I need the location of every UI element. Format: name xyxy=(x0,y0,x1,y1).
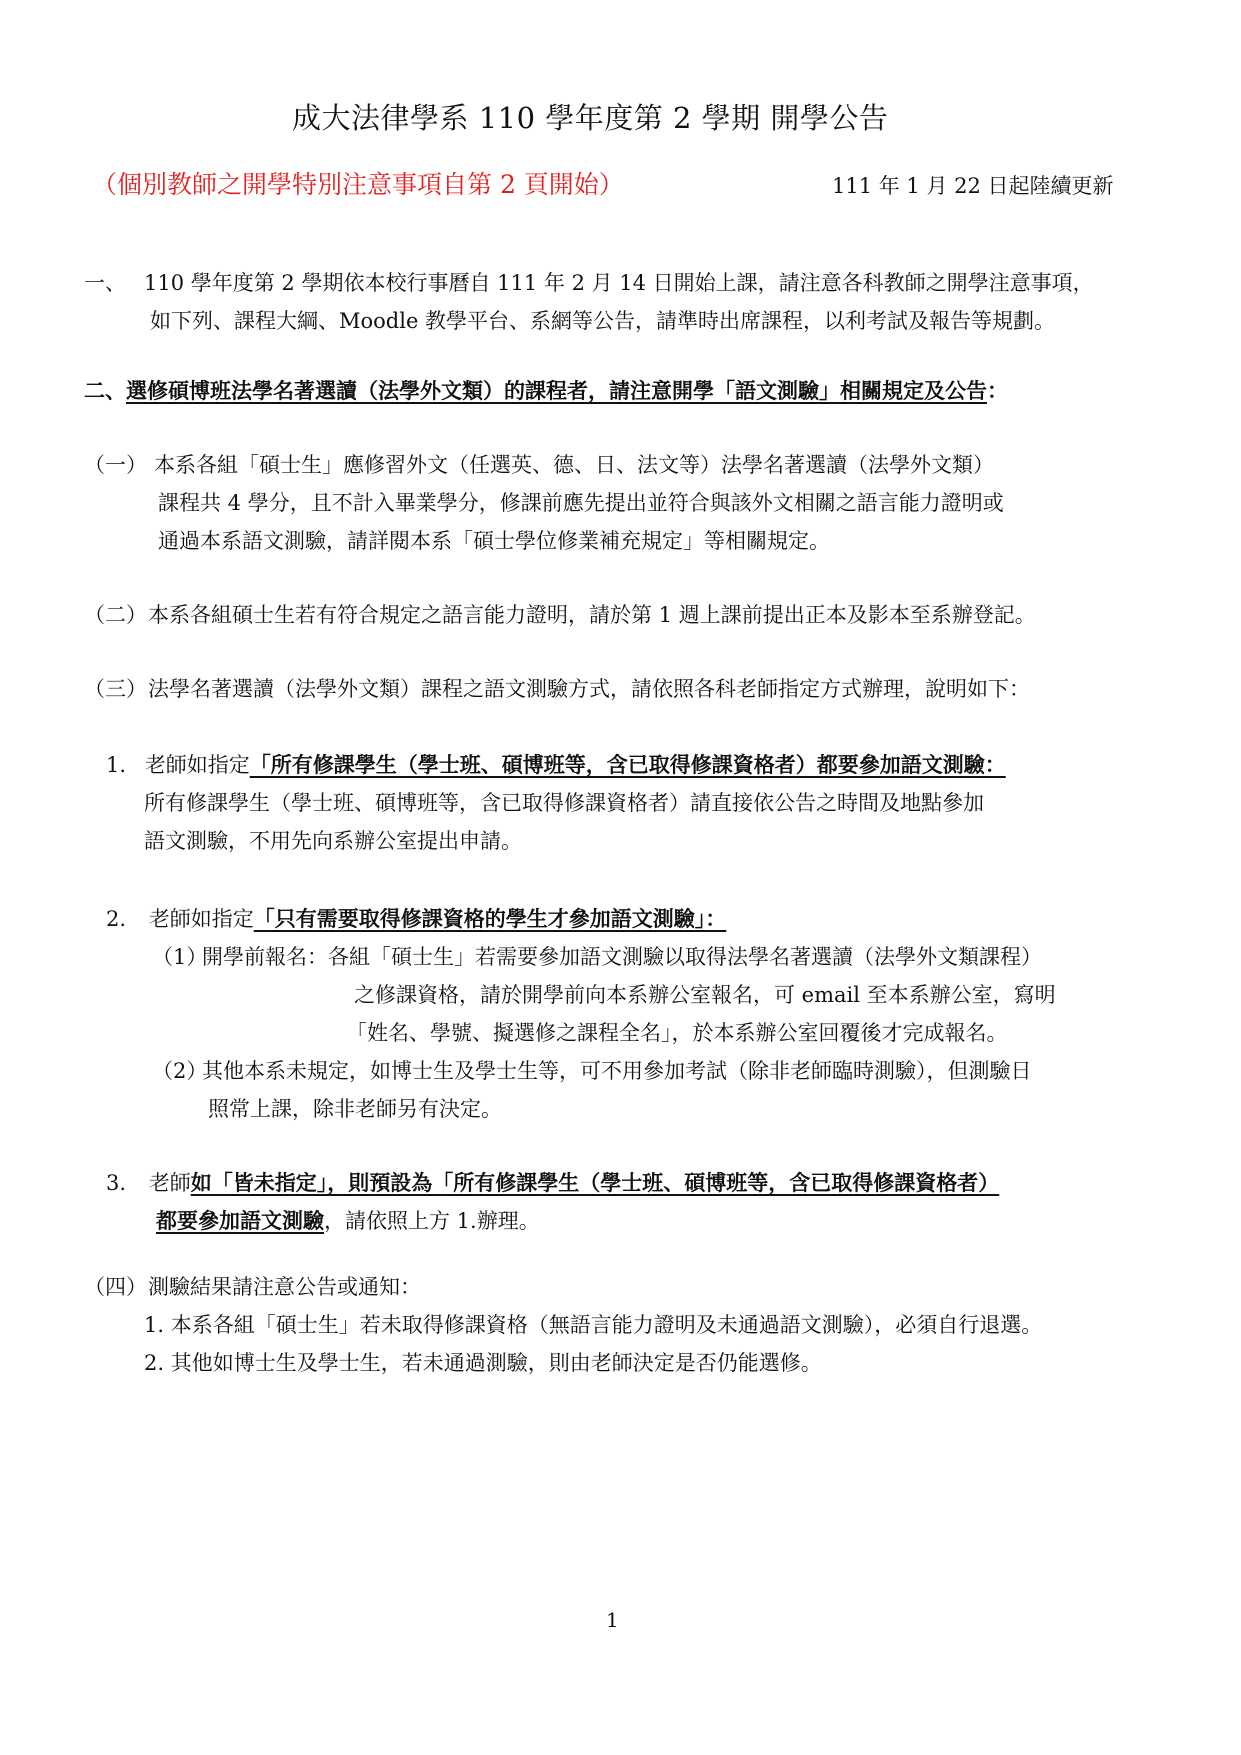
section1-line2: 如下列、課程大綱、Moodle 教學平台、系網等公告，請準時出席課程，以利考試及… xyxy=(150,302,1055,340)
sub4-line1: 測驗結果請注意公告或通知： xyxy=(148,1268,421,1306)
item2-sub2-line2: 照常上課，除非老師另有決定。 xyxy=(208,1090,502,1128)
item2-sub2-marker: （2） xyxy=(152,1052,207,1090)
section1-line1: 110 學年度第 2 學期依本校行事曆自 111 年 2 月 14 日開始上課，… xyxy=(144,264,1094,302)
item2-sub2-line1: 其他本系未規定，如博士生及學士生等，可不用參加考試（除非老師臨時測驗），但測驗日 xyxy=(202,1052,1032,1090)
item3-row: 3. 老師如「皆未指定」，則預設為「所有修課學生（學士班、碩博班等，含已取得修課… xyxy=(106,1164,999,1202)
item3-num: 3. xyxy=(106,1171,126,1195)
section2-heading: 選修碩博班法學名著選讀（法學外文類）的課程者，請注意開學「語文測驗」相關規定及公… xyxy=(126,379,987,403)
sub4-item1: 1. 本系各組「碩士生」若未取得修課資格（無語言能力證明及未通過語文測驗），必須… xyxy=(144,1306,1042,1344)
sub1-line1: 本系各組「碩士生」應修習外文（任選英、德、日、法文等）法學名著選讀（法學外文類） xyxy=(154,446,994,484)
item1-num: 1. xyxy=(106,753,126,777)
item2-sub1-marker: （1） xyxy=(152,938,207,976)
sub2-line1: 本系各組碩士生若有符合規定之語言能力證明，請於第 1 週上課前提出正本及影本至系… xyxy=(148,596,1036,634)
document-title: 成大法律學系 110 學年度第 2 學期 開學公告 xyxy=(292,96,888,137)
section2-marker: 二、 xyxy=(84,379,126,403)
sub4-item2: 2. 其他如博士生及學士生，若未通過測驗，則由老師決定是否仍能選修。 xyxy=(144,1344,822,1382)
item2-sub1-line2: 之修課資格，請於開學前向本系辦公室報名，可 email 至本系辦公室，寫明 xyxy=(354,976,1056,1014)
item1-line3: 語文測驗，不用先向系辦公室提出申請。 xyxy=(144,822,522,860)
sub4-marker: （四） xyxy=(84,1268,147,1306)
sub1-line3: 通過本系語文測驗，請詳閱本系「碩士學位修業補充規定」等相關規定。 xyxy=(158,522,830,560)
item1-emphasis: 「所有修課學生（學士班、碩博班等，含已取得修課資格者）都要參加語文測驗： xyxy=(250,753,1006,777)
section2-colon: ： xyxy=(987,379,1008,403)
item2-sub1-line1: 開學前報名：各組「碩士生」若需要參加語文測驗以取得法學名著選讀（法學外文類課程） xyxy=(202,938,1042,976)
update-date: 111 年 1 月 22 日起陸續更新 xyxy=(832,170,1114,200)
item2-num: 2. xyxy=(106,907,126,931)
sub3-marker: （三） xyxy=(84,670,147,708)
item1-row: 1. 老師如指定「所有修課學生（學士班、碩博班等，含已取得修課資格者）都要參加語… xyxy=(106,746,1006,784)
item3-emphasis2: 都要參加語文測驗 xyxy=(156,1209,324,1233)
item1-prefix: 老師如指定 xyxy=(145,753,250,777)
item1-line2: 所有修課學生（學士班、碩博班等，含已取得修課資格者）請直接依公告之時間及地點參加 xyxy=(144,784,984,822)
red-notice: （個別教師之開學特別注意事項自第 2 頁開始） xyxy=(92,165,624,201)
sub3-line1: 法學名著選讀（法學外文類）課程之語文測驗方式，請依照各科老師指定方式辦理，說明如… xyxy=(148,670,1030,708)
item3-emphasis: 如「皆未指定」，則預設為「所有修課學生（學士班、碩博班等，含已取得修課資格者） xyxy=(191,1171,1000,1195)
sub1-line2: 課程共 4 學分，且不計入畢業學分，修課前應先提出並符合與該外文相關之語言能力證… xyxy=(158,484,1004,522)
page-number: 1 xyxy=(606,1608,619,1632)
section1-marker: 一、 xyxy=(84,264,126,302)
item3-suffix: ，請依照上方 1.辦理。 xyxy=(324,1209,540,1233)
item3-prefix: 老師 xyxy=(149,1171,191,1195)
item2-sub1-line3: 「姓名、學號、擬選修之課程全名」，於本系辦公室回覆後才完成報名。 xyxy=(346,1014,1008,1052)
section2-heading-row: 二、選修碩博班法學名著選讀（法學外文類）的課程者，請注意開學「語文測驗」相關規定… xyxy=(84,372,1008,410)
item2-prefix: 老師如指定 xyxy=(149,907,254,931)
item3-line2: 都要參加語文測驗，請依照上方 1.辦理。 xyxy=(156,1202,540,1240)
item2-row: 2. 老師如指定「只有需要取得修課資格的學生才參加語文測驗」： xyxy=(106,900,726,938)
sub2-marker: （二） xyxy=(84,596,147,634)
sub1-marker: （一） xyxy=(84,446,147,484)
item2-emphasis: 「只有需要取得修課資格的學生才參加語文測驗」： xyxy=(254,907,727,931)
